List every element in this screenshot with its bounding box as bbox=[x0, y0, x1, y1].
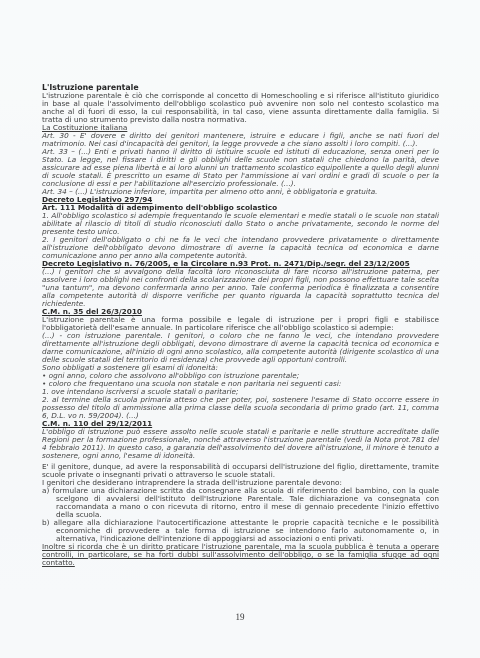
cm35-case-2: 2. al termine della scuola primaria atte… bbox=[42, 396, 439, 420]
art-30-quote: Art. 30 - E' dovere e diritto dei genito… bbox=[42, 132, 439, 148]
dlgs297-item-1: 1. All'obbligo scolastico si adempie fre… bbox=[42, 212, 439, 236]
art-33-quote: Art. 33 – (...) Enti e privati hanno il … bbox=[42, 148, 439, 188]
cm35-quote: (...) - con istruzione parentale. I geni… bbox=[42, 332, 439, 364]
cm110-quote: L'obbligo di istruzione può essere assol… bbox=[42, 428, 439, 460]
dlgs297-item-2: 2. I genitori dell'obbligato o chi ne fa… bbox=[42, 236, 439, 260]
page-number: 19 bbox=[0, 612, 480, 622]
cm35-intro: L'istruzione parentale è una forma possi… bbox=[42, 316, 439, 332]
intro-paragraph: L'istruzione parentale è ciò che corrisp… bbox=[42, 92, 439, 124]
final-note: Inoltre si ricorda che è un diritto prat… bbox=[42, 543, 439, 567]
responsibility-paragraph: E' il genitore, dunque, ad avere la resp… bbox=[42, 463, 439, 479]
requirement-a: a) formulare una dichiarazione scritta d… bbox=[42, 487, 439, 519]
requirement-b: b) allegare alla dichiarazione l'autocer… bbox=[42, 519, 439, 543]
dlgs76-quote: (...) i genitori che si avvalgono della … bbox=[42, 268, 439, 308]
document-body: L'Istruzione parentale L'istruzione pare… bbox=[42, 83, 439, 567]
document-page: L'Istruzione parentale L'istruzione pare… bbox=[0, 0, 480, 658]
